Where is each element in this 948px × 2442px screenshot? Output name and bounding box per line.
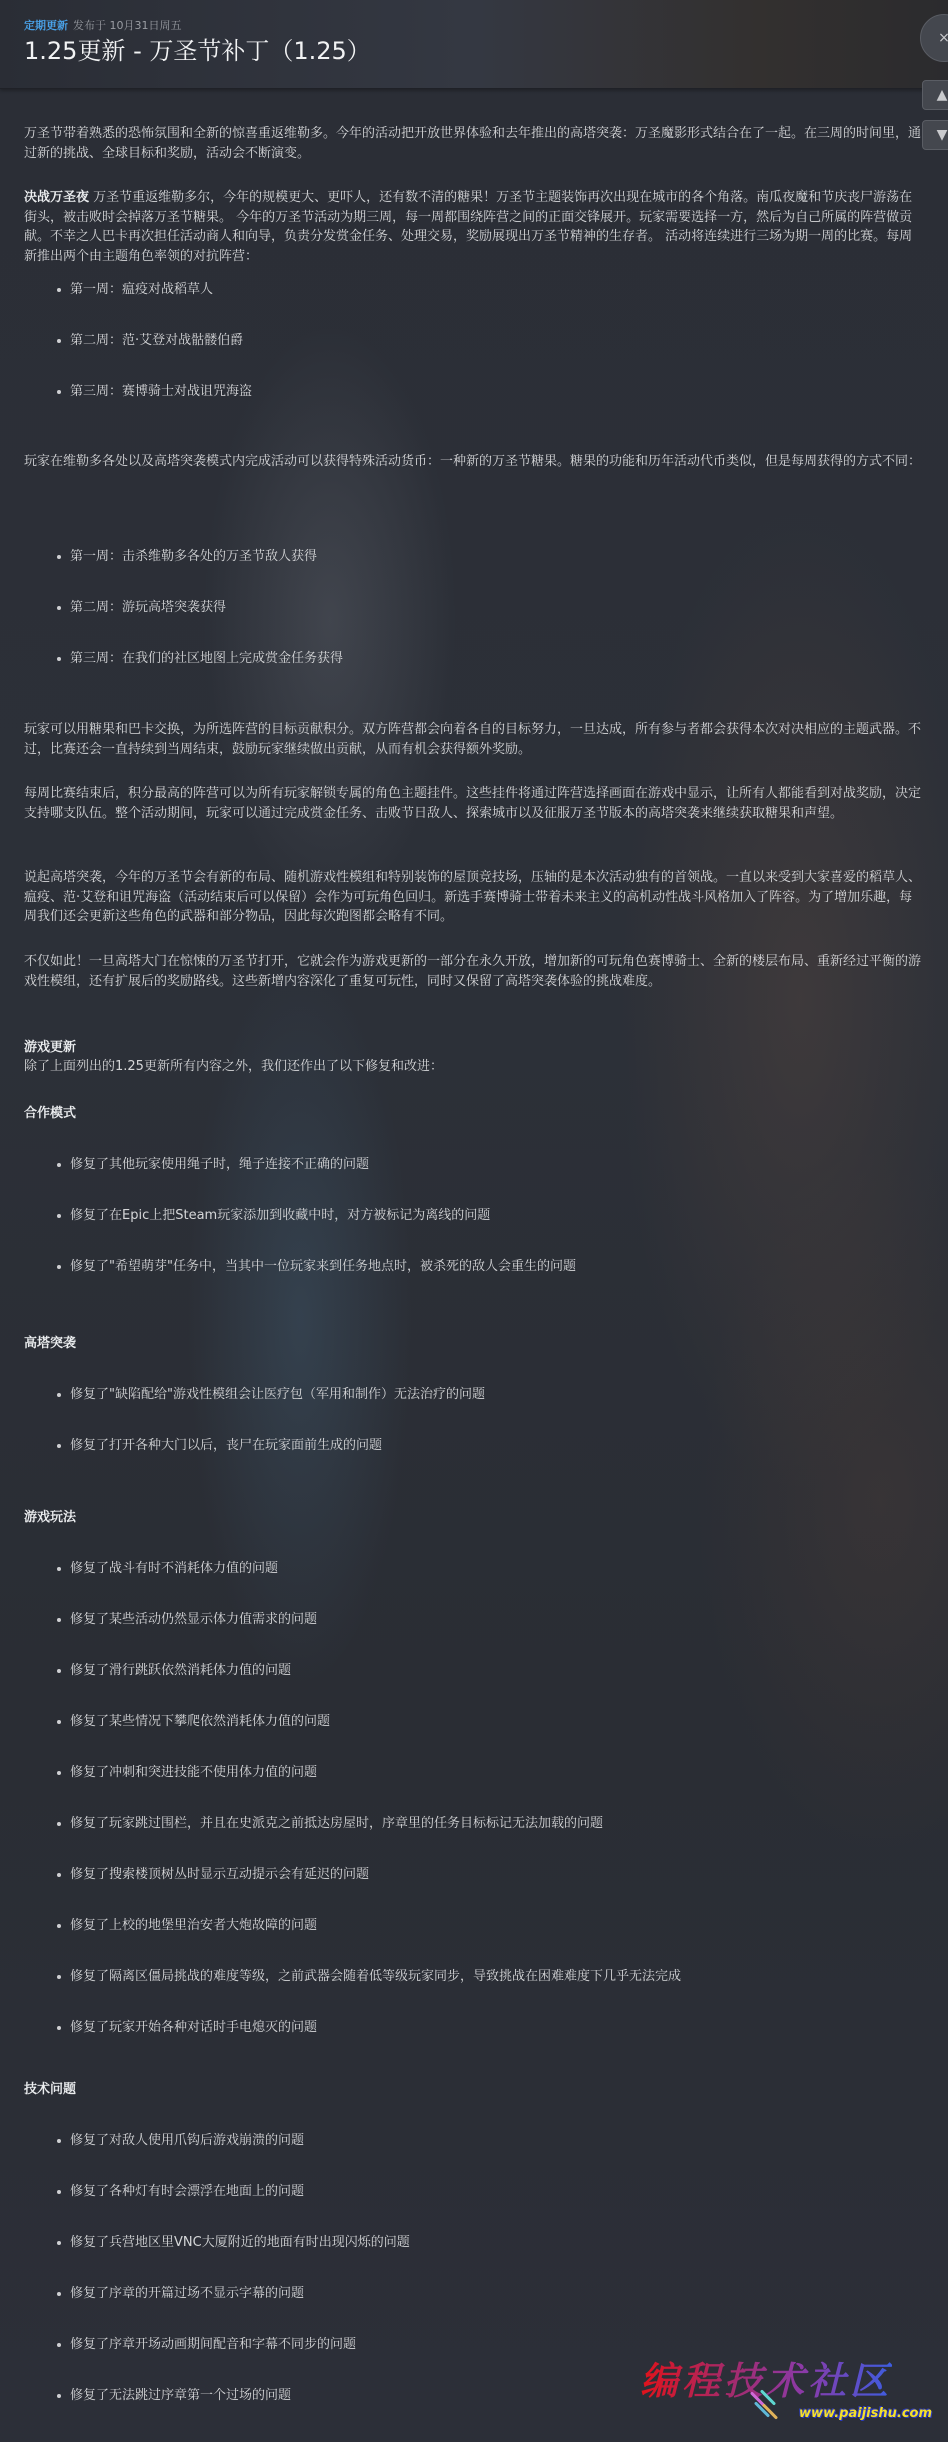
battle-text: 万圣节重返维勒多尔，今年的规模更大、更吓人，还有数不清的糖果！万圣节主题装饰再次… bbox=[24, 190, 912, 264]
list-item: 修复了某些情况下攀爬依然消耗体力值的问题 bbox=[24, 1712, 922, 1731]
list-item: 修复了玩家开始各种对话时手电熄灭的问题 bbox=[24, 2018, 922, 2037]
page-title: 1.25更新 - 万圣节补丁（1.25） bbox=[24, 36, 371, 66]
section-title: 高塔突袭 bbox=[24, 1334, 922, 1353]
previous-post-button[interactable]: ▲ bbox=[922, 80, 948, 110]
section-title: 游戏玩法 bbox=[24, 1508, 922, 1527]
sparkle-icon bbox=[748, 2394, 778, 2430]
list-item: 修复了某些活动仍然显示体力值需求的问题 bbox=[24, 1610, 922, 1629]
list-item: 修复了"希望萌芽"任务中，当其中一位玩家来到任务地点时，被杀死的敌人会重生的问题 bbox=[24, 1257, 922, 1276]
watermark-url: www.paijishu.com bbox=[799, 2406, 932, 2421]
paragraph: 玩家可以用糖果和巴卡交换，为所选阵营的目标贡献积分。双方阵营都会向着各自的目标努… bbox=[24, 720, 922, 759]
list-item: 修复了隔离区僵局挑战的难度等级，之前武器会随着低等级玩家同步，导致挑战在困难难度… bbox=[24, 1967, 922, 1986]
battle-lead: 决战万圣夜 bbox=[24, 190, 89, 205]
list-item: 修复了各种灯有时会漂浮在地面上的问题 bbox=[24, 2182, 922, 2201]
list-item: 第二周：游玩高塔突袭获得 bbox=[24, 598, 922, 617]
list-item: 修复了玩家跳过围栏，并且在史派克之前抵达房屋时，序章里的任务目标标记无法加载的问… bbox=[24, 1814, 922, 1833]
close-icon: × bbox=[938, 30, 948, 46]
list-item: 修复了兵营地区里VNC大厦附近的地面有时出现闪烁的问题 bbox=[24, 2233, 922, 2252]
game-update-section: 游戏更新 除了上面列出的1.25更新所有内容之外，我们还作出了以下修复和改进： bbox=[24, 1038, 922, 1077]
list-item: 修复了在Epic上把Steam玩家添加到收藏中时，对方被标记为离线的问题 bbox=[24, 1206, 922, 1225]
paragraph: 说起高塔突袭，今年的万圣节会有新的布局、随机游戏性模组和特别装饰的屋顶竞技场，压… bbox=[24, 868, 922, 927]
list-item: 修复了冲刺和突进技能不使用体力值的问题 bbox=[24, 1763, 922, 1782]
fix-list: 修复了其他玩家使用绳子时，绳子连接不正确的问题 修复了在Epic上把Steam玩… bbox=[24, 1155, 922, 1276]
list-item: 修复了战斗有时不消耗体力值的问题 bbox=[24, 1559, 922, 1578]
post-header: 定期更新发布于 10月31日周五 1.25更新 - 万圣节补丁（1.25） bbox=[0, 0, 948, 89]
list-item: 修复了上校的地堡里治安者大炮故障的问题 bbox=[24, 1916, 922, 1935]
chevron-down-icon: ▼ bbox=[937, 127, 948, 143]
post-meta: 定期更新发布于 10月31日周五 bbox=[24, 19, 182, 33]
list-item: 修复了序章的开篇过场不显示字幕的问题 bbox=[24, 2284, 922, 2303]
paragraph: 每周比赛结束后，积分最高的阵营可以为所有玩家解锁专属的角色主题挂件。这些挂件将通… bbox=[24, 784, 922, 823]
section-title: 技术问题 bbox=[24, 2080, 922, 2099]
watermark-logo: 编程技术社区 www.paijishu.com bbox=[640, 2358, 940, 2438]
currency-weeks-list: 第一周：击杀维勒多各处的万圣节敌人获得 第二周：游玩高塔突袭获得 第三周：在我们… bbox=[24, 547, 922, 668]
paragraph: 不仅如此！一旦高塔大门在惊悚的万圣节打开，它就会作为游戏更新的一部分在永久开放，… bbox=[24, 952, 922, 991]
list-item: 第三周：在我们的社区地图上完成赏金任务获得 bbox=[24, 649, 922, 668]
list-item: 修复了对敌人使用爪钩后游戏崩溃的问题 bbox=[24, 2131, 922, 2150]
list-item: 第一周：瘟疫对战稻草人 bbox=[24, 280, 922, 299]
section-tower-raid: 高塔突袭 修复了"缺陷配给"游戏性模组会让医疗包（军用和制作）无法治疗的问题 修… bbox=[24, 1334, 922, 1455]
game-update-text: 除了上面列出的1.25更新所有内容之外，我们还作出了以下修复和改进： bbox=[24, 1057, 922, 1077]
chevron-up-icon: ▲ bbox=[937, 87, 948, 103]
next-post-button[interactable]: ▼ bbox=[922, 120, 948, 150]
list-item: 修复了滑行跳跃依然消耗体力值的问题 bbox=[24, 1661, 922, 1680]
list-item: 第三周：赛博骑士对战诅咒海盗 bbox=[24, 382, 922, 401]
section-coop: 合作模式 修复了其他玩家使用绳子时，绳子连接不正确的问题 修复了在Epic上把S… bbox=[24, 1104, 922, 1276]
publish-date: 发布于 10月31日周五 bbox=[73, 19, 182, 32]
list-item: 修复了序章开场动画期间配音和字幕不同步的问题 bbox=[24, 2335, 922, 2354]
list-item: 修复了其他玩家使用绳子时，绳子连接不正确的问题 bbox=[24, 1155, 922, 1174]
section-gameplay: 游戏玩法 修复了战斗有时不消耗体力值的问题 修复了某些活动仍然显示体力值需求的问… bbox=[24, 1508, 922, 2037]
section-technical: 技术问题 修复了对敌人使用爪钩后游戏崩溃的问题 修复了各种灯有时会漂浮在地面上的… bbox=[24, 2080, 922, 2405]
list-item: 修复了打开各种大门以后，丧尸在玩家面前生成的问题 bbox=[24, 1436, 922, 1455]
battle-weeks-list: 第一周：瘟疫对战稻草人 第二周：范·艾登对战骷髅伯爵 第三周：赛博骑士对战诅咒海… bbox=[24, 280, 922, 401]
fix-list: 修复了战斗有时不消耗体力值的问题 修复了某些活动仍然显示体力值需求的问题 修复了… bbox=[24, 1559, 922, 2037]
list-item: 修复了"缺陷配给"游戏性模组会让医疗包（军用和制作）无法治疗的问题 bbox=[24, 1385, 922, 1404]
currency-paragraph: 玩家在维勒多各处以及高塔突袭模式内完成活动可以获得特殊活动货币：一种新的万圣节糖… bbox=[24, 452, 922, 472]
list-item: 第二周：范·艾登对战骷髅伯爵 bbox=[24, 331, 922, 350]
category-tag[interactable]: 定期更新 bbox=[24, 19, 68, 32]
fix-list: 修复了"缺陷配给"游戏性模组会让医疗包（军用和制作）无法治疗的问题 修复了打开各… bbox=[24, 1385, 922, 1455]
game-update-heading: 游戏更新 bbox=[24, 1038, 922, 1057]
battle-paragraph: 决战万圣夜 万圣节重返维勒多尔，今年的规模更大、更吓人，还有数不清的糖果！万圣节… bbox=[24, 188, 922, 266]
list-item: 第一周：击杀维勒多各处的万圣节敌人获得 bbox=[24, 547, 922, 566]
section-title: 合作模式 bbox=[24, 1104, 922, 1123]
list-item: 修复了搜索楼顶树丛时显示互动提示会有延迟的问题 bbox=[24, 1865, 922, 1884]
intro-paragraph: 万圣节带着熟悉的恐怖氛围和全新的惊喜重返维勒多。今年的活动把开放世界体验和去年推… bbox=[24, 124, 922, 163]
